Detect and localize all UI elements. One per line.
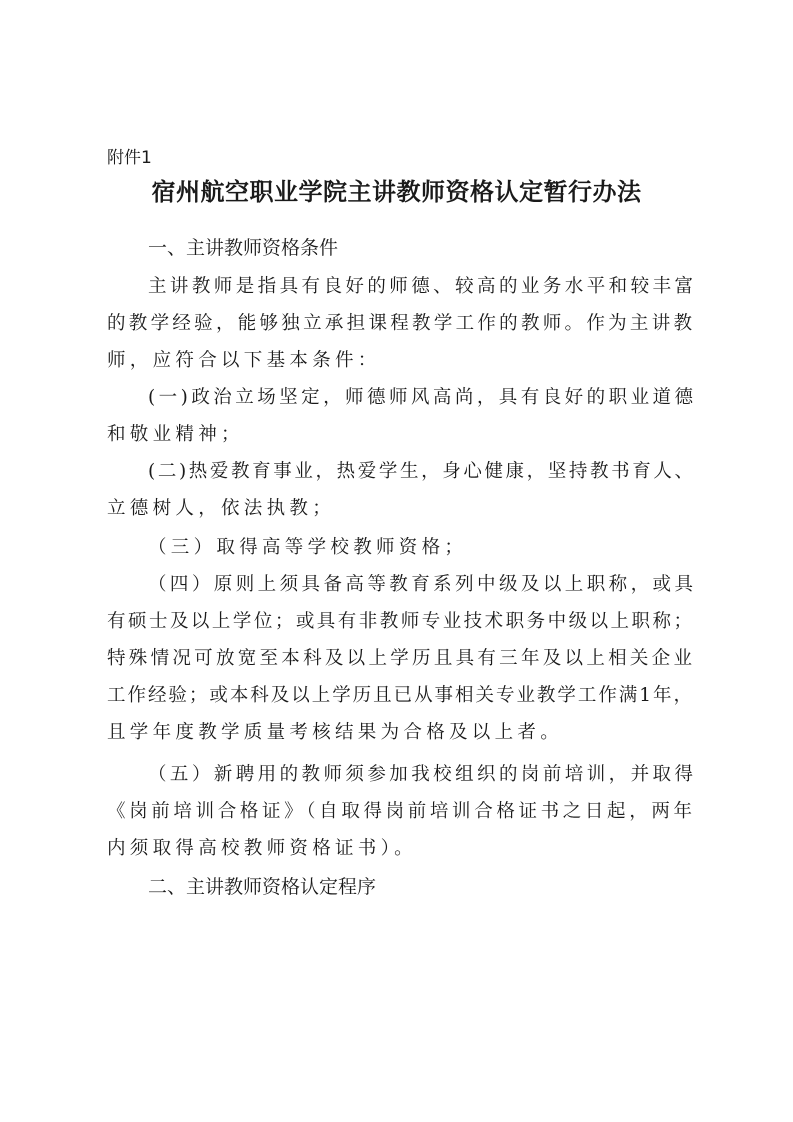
condition-4-line: 特殊情况可放宽至本科及以上学历且具有三年及以上相关企业	[107, 644, 692, 670]
condition-2-line: 立德树人，依法执教；	[107, 494, 692, 520]
paragraph-line: 的教学经验，能够独立承担课程教学工作的教师。作为主讲教	[107, 309, 692, 335]
condition-5-line: （五）新聘用的教师须参加我校组织的岗前培训，并取得	[148, 760, 693, 786]
condition-1-line: 和敬业精神；	[107, 420, 692, 446]
condition-4-line: 有硕士及以上学位；或具有非教师专业技术职务中级以上职称；	[107, 607, 692, 633]
paragraph-line: 主讲教师是指具有良好的师德、较高的业务水平和较丰富	[148, 272, 693, 298]
condition-4-line: 工作经验；或本科及以上学历且已从事相关专业教学工作满1年，	[107, 681, 692, 707]
document-page: 附件1 宿州航空职业学院主讲教师资格认定暂行办法 一、主讲教师资格条件 主讲教师…	[0, 0, 793, 1122]
condition-4-line: （四）原则上须具备高等教育系列中级及以上职称，或具	[148, 570, 693, 596]
attachment-label: 附件1	[107, 143, 152, 168]
condition-2-line: (二)热爱教育事业，热爱学生，身心健康，坚持教书育人、	[148, 457, 693, 483]
condition-5-line: 内须取得高校教师资格证书）。	[107, 834, 692, 860]
section-heading-2: 二、主讲教师资格认定程序	[148, 872, 376, 899]
condition-4-line: 且学年度教学质量考核结果为合格及以上者。	[107, 718, 692, 744]
document-title: 宿州航空职业学院主讲教师资格认定暂行办法	[0, 172, 793, 207]
condition-5-line: 《岗前培训合格证》（自取得岗前培训合格证书之日起，两年	[107, 797, 692, 823]
condition-3-line: （三）取得高等学校教师资格；	[148, 533, 693, 559]
paragraph-line: 师，应符合以下基本条件：	[107, 346, 692, 372]
condition-1-line: (一)政治立场坚定，师德师风高尚，具有良好的职业道德	[148, 383, 693, 409]
section-heading-1: 一、主讲教师资格条件	[148, 233, 338, 260]
